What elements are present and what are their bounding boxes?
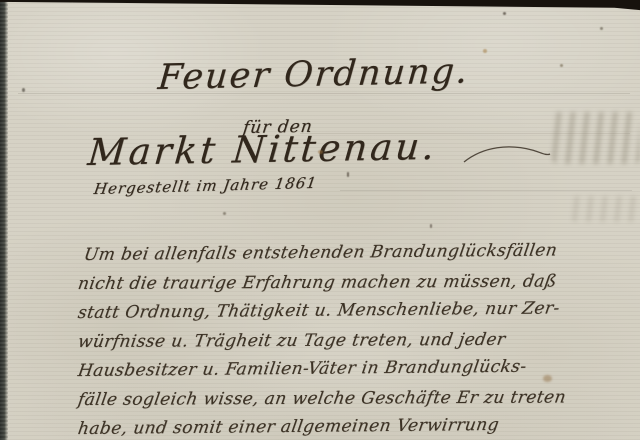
manuscript-addressee: Markt Nittenau. <box>86 125 439 174</box>
ink-flourish-stroke <box>462 142 552 168</box>
foxing-spot <box>483 49 487 53</box>
ink-speck <box>503 12 506 15</box>
body-line: habe, und somit einer allgemeinen Verwir… <box>77 415 501 439</box>
guide-line <box>340 190 632 191</box>
manuscript-title: Feuer Ordnung. <box>156 51 470 98</box>
ink-speck <box>430 224 432 228</box>
scan-edge-left <box>0 0 8 440</box>
foxing-spot <box>318 150 323 154</box>
show-through-smudge <box>552 112 640 164</box>
ink-speck <box>347 172 349 177</box>
body-line: nicht die traurige Erfahrung machen zu m… <box>76 271 558 294</box>
body-line: würfnisse u. Trägheit zu Tage treten, un… <box>76 330 506 352</box>
ink-speck <box>223 212 226 215</box>
show-through-smudge <box>570 196 640 222</box>
foxing-spot <box>543 375 552 382</box>
ink-speck <box>22 88 25 92</box>
foxing-spot <box>560 64 563 67</box>
scanned-manuscript-page: Feuer Ordnung. für den Markt Nittenau. H… <box>0 0 640 440</box>
ink-speck <box>600 27 603 30</box>
body-line: fälle sogleich wisse, an welche Geschäft… <box>76 387 567 410</box>
